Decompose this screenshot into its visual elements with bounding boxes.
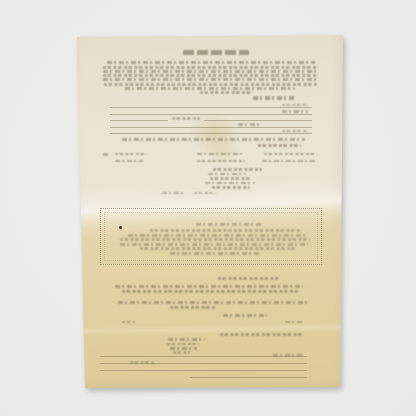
showthrough-text-line bbox=[282, 130, 308, 133]
address-block-showthrough bbox=[208, 173, 246, 176]
showthrough-text-line bbox=[104, 83, 317, 86]
showthrough-text-line bbox=[115, 160, 143, 163]
showthrough-text-line bbox=[103, 70, 318, 73]
section-heading-showthrough bbox=[258, 144, 301, 148]
showthrough-text-line bbox=[125, 87, 295, 90]
form-rule-line bbox=[100, 356, 307, 357]
showthrough-text-line bbox=[115, 285, 303, 288]
address-block-showthrough bbox=[213, 168, 262, 171]
showthrough-text-line bbox=[282, 110, 308, 113]
form-rule-line bbox=[100, 363, 307, 364]
showthrough-text-line bbox=[115, 153, 147, 156]
showthrough-text-line bbox=[122, 138, 305, 141]
form-rule-line bbox=[204, 120, 312, 121]
form-rule-line bbox=[110, 127, 312, 128]
showthrough-text-line bbox=[264, 153, 317, 156]
showthrough-text-line bbox=[122, 321, 135, 324]
address-block-showthrough bbox=[210, 177, 252, 180]
address-block-showthrough bbox=[170, 347, 197, 350]
form-rule-line bbox=[110, 114, 312, 115]
showthrough-text-line bbox=[107, 61, 315, 64]
showthrough-text-line bbox=[200, 91, 253, 94]
showthrough-text-line bbox=[194, 192, 216, 195]
showthrough-text-line bbox=[220, 333, 303, 336]
address-block-showthrough bbox=[168, 338, 205, 341]
title-showthrough bbox=[183, 50, 249, 55]
showthrough-text-line bbox=[172, 117, 200, 120]
showthrough-text-line bbox=[285, 321, 303, 324]
form-rule-line bbox=[110, 133, 312, 134]
showthrough-text-line bbox=[223, 314, 267, 317]
section-heading-showthrough bbox=[253, 96, 295, 100]
showthrough-text-line bbox=[218, 277, 280, 280]
showthrough-text-line bbox=[162, 192, 186, 195]
showthrough-text-line bbox=[122, 290, 300, 293]
showthrough-text-line bbox=[103, 66, 318, 69]
form-rule-line bbox=[190, 377, 307, 378]
showthrough-text-line bbox=[103, 153, 110, 156]
photo-scene bbox=[0, 0, 416, 416]
showthrough-text-line bbox=[103, 74, 318, 77]
paper-document bbox=[70, 28, 350, 395]
showthrough-text-line bbox=[238, 123, 262, 126]
address-block-showthrough bbox=[205, 182, 255, 185]
form-rule-line bbox=[100, 370, 307, 371]
showthrough-text-line bbox=[282, 104, 308, 107]
address-block-showthrough bbox=[212, 186, 250, 189]
form-rule-line bbox=[110, 107, 312, 108]
address-block-showthrough bbox=[173, 351, 190, 354]
showthrough-text-line bbox=[118, 301, 308, 304]
form-rule-line bbox=[110, 120, 168, 121]
ink-speck bbox=[119, 226, 122, 229]
showthrough-text-line bbox=[262, 160, 315, 163]
showthrough-text-line bbox=[197, 153, 243, 156]
address-block-showthrough bbox=[167, 343, 200, 346]
showthrough-text-line bbox=[170, 306, 215, 309]
showthrough-text-line bbox=[103, 78, 318, 81]
dotted-border-inner bbox=[104, 212, 318, 261]
dotted-border-box bbox=[100, 208, 322, 265]
paper-sheet-back bbox=[70, 28, 350, 395]
showthrough-text-line bbox=[197, 160, 245, 163]
